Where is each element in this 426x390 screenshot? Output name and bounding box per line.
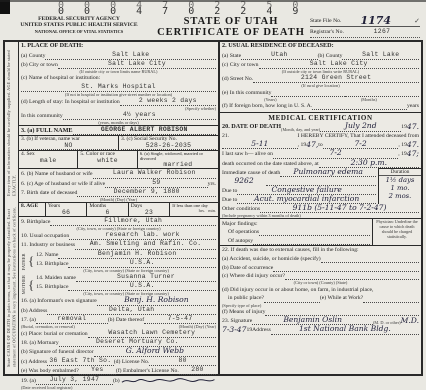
injury-place-label-2: in public place? — [222, 294, 264, 302]
external-causes-title: 22. If death was due to external causes,… — [222, 246, 359, 254]
embalmer-license-label: (f) Embalmer's License No. — [116, 367, 179, 375]
title-certificate: CERTIFICATE OF DEATH — [152, 27, 310, 38]
foreign-born-label: (f) If foreign born, how long in U. S. A… — [222, 102, 312, 110]
informant-address-label: (b) Address — [21, 307, 47, 315]
physician-note: Physician: Underline the cause to which … — [372, 219, 421, 245]
due-to-1-duration: 1 mo. — [379, 184, 421, 192]
major-findings-block: Major findings: Of operations Of autopsy… — [220, 218, 421, 245]
mother-block: MOTHER { 14. Maiden name Susanna Turner … — [19, 273, 218, 296]
race-value: white — [80, 157, 134, 164]
title-state: STATE OF UTAH — [152, 16, 310, 27]
injury-place-label-1: (d) Did injury occur in or about home, o… — [222, 286, 373, 294]
veteran-value: NO — [21, 142, 116, 150]
marital-value: married — [140, 161, 216, 168]
while-at-work-label: (e) While at Work? — [320, 294, 363, 302]
city-label: (b) City or town — [21, 61, 58, 69]
residence-city-value: Salt Lake City — [259, 60, 420, 69]
attended-to-yearpre: , 19 — [398, 141, 407, 149]
informant-signature: Benj. H. Robison — [97, 296, 216, 305]
funeral-address-label: (c) Address — [21, 358, 47, 366]
accident-blank — [321, 262, 419, 263]
father-name-label: 12. Name — [36, 251, 58, 259]
street-value: 2124 Green Street — [253, 74, 419, 83]
form-header: FEDERAL SECURITY AGENCY UNITED STATES PU… — [0, 16, 426, 39]
last-saw-year: 47; — [407, 150, 419, 158]
fullname-label: 3. (a) FULL NAME — [21, 127, 73, 135]
age-min-label: min. — [208, 208, 216, 213]
mortuary-label: 18. (a) Mortuary — [21, 339, 59, 347]
of-operations-label: Of operations — [222, 228, 259, 236]
disposition-date-value: 7-5-47 — [144, 315, 216, 324]
spouse-age-value: 59 — [105, 179, 207, 188]
city-value: Salt Lake City — [58, 60, 216, 69]
physician-address-label: Address — [252, 326, 271, 334]
county-label: (a) County — [21, 52, 45, 60]
occurrence-date-label: (b) Date of occurrence — [222, 264, 273, 272]
date-of-death-label: 20. DATE OF DEATH — [222, 123, 281, 131]
mother-vertical-label: MOTHER — [19, 273, 28, 296]
embalmed-value: Yes — [79, 366, 116, 375]
spouse-value: Laura Walker Robison — [93, 169, 216, 178]
left-margin-notes: Every item of information should be care… — [5, 42, 19, 374]
residence-city-label: (c) City or town — [222, 61, 259, 69]
funeral-director-label: (b) Signature of funeral director — [21, 348, 94, 356]
physician-md: M.D. — [401, 317, 419, 325]
due-to-2-label: Due to — [222, 196, 237, 204]
community-years-hint: (Years) — [264, 97, 276, 102]
stay-label: (d) Length of stay: In hospital or insti… — [21, 98, 120, 106]
mother-name-label: 14. Maiden name — [36, 274, 76, 282]
registrar-no-label: Registrar's No. — [310, 27, 344, 37]
residence-community-blank — [271, 96, 345, 97]
informant-address-value: Delta, Utah — [47, 306, 216, 315]
left-column: 1. PLACE OF DEATH: (a) County Salt Lake … — [19, 42, 220, 374]
received-date-value: July 3, 1947 — [36, 376, 113, 385]
margin-note-1: Every item of information should be care… — [6, 46, 17, 196]
spouse-label: 6. (b) Name of husband or wife — [21, 170, 93, 178]
community-label: In this community — [21, 112, 63, 120]
occupation-label: 10. Usual occupation — [21, 232, 69, 240]
disposition-label: 17. (a) — [21, 316, 36, 324]
informant-label: 16. (a) Informant's own signature — [21, 297, 97, 305]
accident-label: (a) Accident, suicide, or homicide (spec… — [222, 255, 321, 263]
street-hint: (If rural give location) — [301, 83, 339, 88]
street-label: (d) Street No. — [222, 75, 253, 83]
state-file-label: State File No. — [310, 16, 341, 26]
serial-stamp-top: 0 0 0 4 7 0 2 2 5 0 — [58, 1, 426, 7]
stay-value: 2 weeks 2 days — [120, 97, 216, 106]
birthplace-label: 9. Birthplace — [21, 218, 50, 226]
birthplace-value: Fillmore, Utah — [50, 217, 216, 226]
marital-label: 6. (a) Single, widowed, married or divor… — [140, 151, 216, 161]
medical-certification-title: MEDICAL CERTIFICATION — [220, 113, 421, 122]
injury-place-blank — [264, 302, 320, 303]
disposition-value: removal — [36, 315, 108, 324]
attended-from-year: 47, — [306, 141, 318, 149]
duration-header: Duration — [379, 169, 421, 176]
last-saw-yearpre: , 19 — [398, 150, 407, 158]
city-hint: (If outside city or town limits name RUR… — [80, 69, 158, 74]
embalmer-license-value: 280 — [179, 366, 216, 375]
funeral-director-signature: G. Alford Webb — [94, 347, 216, 356]
registrar-sig-label: (b) — [113, 377, 120, 385]
registrar-no-value: 1267 — [344, 27, 420, 37]
age-days-value: 23 — [131, 209, 167, 216]
community-months-hint: (Months) — [361, 97, 377, 102]
disposition-hint: (Burial, cremation, or removal) — [21, 324, 75, 329]
place-of-death-title: 1. PLACE OF DEATH: — [21, 42, 83, 50]
attended-from-value: 5-11 — [222, 140, 298, 149]
spouse-age-label: 6. (c) Age of husband or wife if alive — [21, 180, 105, 188]
of-autopsy-label: Of autopsy — [222, 237, 253, 245]
physician-signature-label: 23. Signature — [222, 317, 252, 325]
hospital-label: (c) Name of hospital or institution: — [21, 74, 100, 82]
age-hrs-label: hrs. — [199, 208, 205, 213]
community-value: 4½ years — [63, 111, 216, 120]
father-vertical-label: FATHER — [19, 250, 28, 273]
means-of-injury-label: (f) Means of injury — [222, 308, 265, 316]
fullname-value: GEORGE ALBERT ROBISON — [73, 126, 216, 135]
due-to-1-label: Due to — [222, 187, 237, 195]
of-operations-blank — [259, 235, 370, 236]
father-birthplace-value: U.S.A. — [68, 259, 216, 268]
occurrence-date-blank — [273, 271, 419, 272]
agency-line2: UNITED STATES PUBLIC HEALTH SERVICE — [6, 22, 152, 28]
mother-name-value: Susanna Turner — [76, 273, 216, 282]
physician-sign-date: 7-3-47 — [222, 326, 246, 334]
father-birthplace-label: 13. Birthplace — [36, 260, 68, 268]
father-name-value: Benjamin H. Robison — [58, 250, 216, 259]
residence-county-label: (b) County — [318, 52, 343, 60]
other-conditions-value: 911b (5-11-47 to 7-2-47) — [260, 204, 419, 213]
due-to-2-duration: 2 mos. — [379, 192, 421, 200]
embalmed-label: (e) Was body embalmed? — [21, 367, 79, 375]
funeral-address-value: 36 East 7th So. — [47, 357, 114, 366]
agency-block: FEDERAL SECURITY AGENCY UNITED STATES PU… — [6, 16, 152, 35]
mother-birthplace-label: 15. Birthplace — [36, 283, 68, 291]
of-autopsy-blank — [253, 244, 370, 245]
attended-from-yearpre: , 19 — [298, 141, 307, 149]
file-numbers: State File No. 1174 ✓ Registrar's No. 12… — [310, 16, 420, 38]
license-value: 80 — [149, 357, 216, 366]
immediate-cause-duration: 1½ days — [379, 176, 421, 184]
check-mark-icon: ✓ — [414, 16, 420, 26]
injury-where-label: (c) Where did injury occur? — [222, 272, 285, 280]
attended-to-year: 47. — [407, 141, 419, 149]
other-conditions-label: Other conditions — [222, 205, 260, 213]
disposition-place-label: (c) Place: burial or cremation — [21, 330, 88, 338]
residence-state-value: Utah — [241, 51, 318, 60]
foreign-born-blank — [312, 109, 407, 110]
cause-code-value: 9262 — [222, 177, 266, 185]
certify-number: 21. — [222, 132, 229, 140]
last-saw-label: I last saw h— alive on — [222, 150, 273, 158]
form-title: STATE OF UTAH CERTIFICATE OF DEATH — [152, 16, 310, 38]
residence-community-blank2 — [345, 96, 419, 97]
physician-address-value: 1st National Bank Bldg. — [271, 325, 419, 334]
community-hint: (years, months or days) — [98, 120, 138, 125]
age-label: 8. AGE — [21, 203, 43, 209]
mother-birthplace-value: U.S.A. — [68, 282, 216, 291]
death-certificate-scan: 0 0 0 4 7 0 2 2 5 0 0 0 0 4 7 0 2 2 4 9 … — [0, 0, 426, 390]
father-block: FATHER { 12. Name Benjamin H. Robison 13… — [19, 250, 218, 273]
while-at-work-blank — [363, 302, 419, 303]
duration-column: Duration 1½ days 1 mo. 2 mos. — [378, 168, 421, 204]
industry-value: Am. Smelting and Rafin. Co. — [75, 240, 216, 249]
registrar-signature — [120, 376, 216, 385]
date-of-death-year: 47. — [407, 123, 419, 131]
major-findings-label: Major findings: — [222, 220, 258, 228]
spouse-age-unit: yrs. — [208, 180, 216, 188]
foreign-born-suffix: years — [407, 102, 419, 110]
received-label: 19. (a) — [21, 377, 36, 385]
immediate-cause-value: Pulmonary edema — [280, 168, 376, 177]
sex-value: male — [21, 157, 75, 164]
date-of-death-value: July 2nd — [320, 122, 401, 131]
right-column: 2. USUAL RESIDENCE OF DECEASED: (a) Stat… — [220, 42, 421, 374]
disposition-date-label: (b) Date thereof — [108, 316, 144, 324]
industry-label: 11. Industry or business — [21, 241, 75, 249]
county-value: Salt Lake — [45, 51, 216, 60]
residence-title: 2. USUAL RESIDENCE OF DECEASED: — [222, 42, 334, 50]
cause-of-death-block: Immediate cause of death Pulmonary edema… — [220, 168, 421, 204]
age-months-value: 6 — [89, 209, 125, 216]
ssn-value: 528-26-2035 — [121, 142, 216, 150]
state-file-value: 1174 — [341, 16, 410, 26]
birthdate-label: 7. Birth date of deceased — [21, 189, 77, 197]
margin-note-2: State CAUSE OF DEATH in plain terms, so … — [6, 202, 17, 367]
residence-community-label: (e) In this community — [222, 89, 271, 97]
agency-line3: NATIONAL OFFICE OF VITAL STATISTICS — [6, 29, 152, 35]
certificate-form: Every item of information should be care… — [3, 40, 423, 376]
license-label: (d) License No. — [114, 358, 150, 366]
date-of-death-sub: (Month, day, and year) — [281, 127, 320, 132]
injury-where-hint: (City or town) (County) (State) — [294, 280, 348, 285]
birthdate-hint: (Month) (Day) (Year) — [100, 197, 137, 202]
age-years-value: 66 — [48, 209, 84, 216]
received-hint: (Date received local registrar) — [21, 385, 72, 390]
other-conditions-hint: (Include pregnancy within 3 months of de… — [222, 213, 301, 218]
residence-county-value: Salt Lake — [342, 51, 419, 60]
injury-place-hint: (Specify type of place) — [222, 303, 261, 308]
residence-state-label: (a) State — [222, 52, 241, 60]
hospital-value: St. Marks Hospital — [21, 83, 216, 92]
birthdate-value: December 9, 1880 — [77, 188, 216, 197]
disposition-place-value: Wasatch Lawn Cemetery — [88, 329, 216, 338]
occupation-value: research lab. work — [69, 231, 216, 240]
